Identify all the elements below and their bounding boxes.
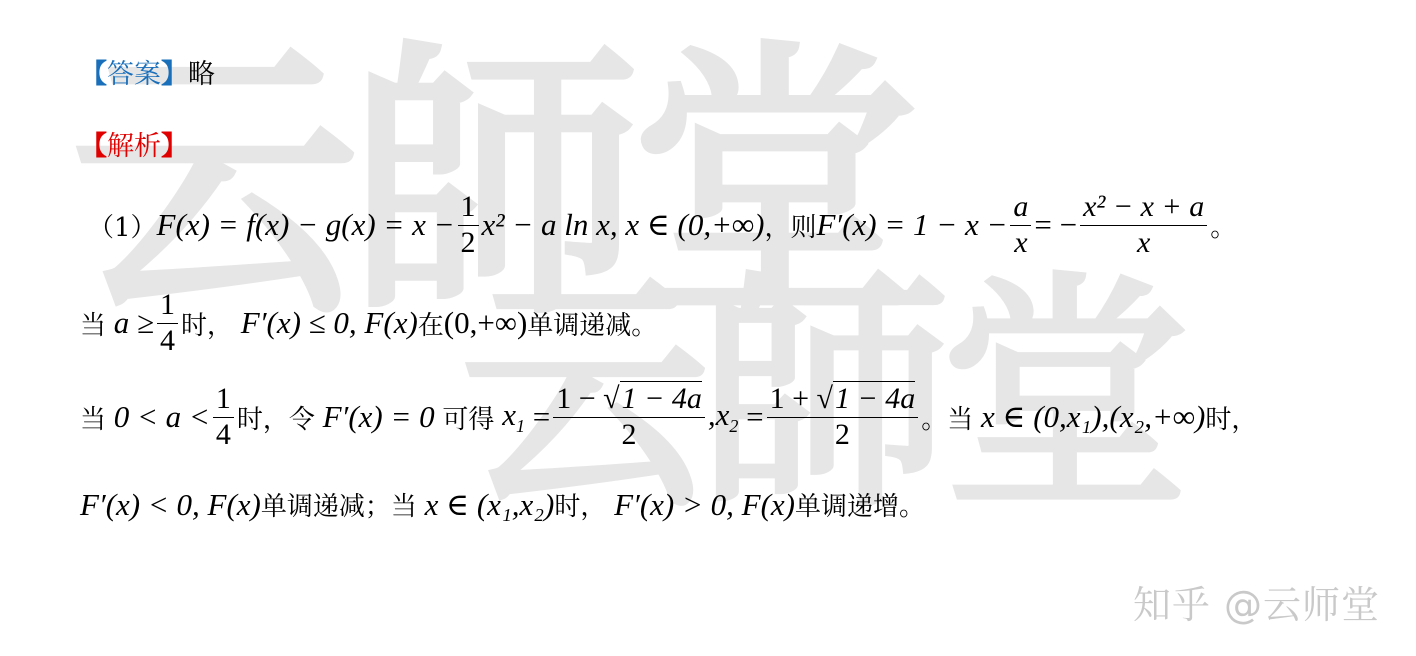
result-expr: F′(x) ≤ 0, F(x)	[241, 305, 418, 341]
fraction-x1: 1 − √1 − 4a 2	[553, 382, 705, 452]
text-time: 时，	[1205, 399, 1257, 436]
document-body: 【 答案 】 略 【 解析 】 （1） F(x) = f(x) − g(x) =…	[0, 0, 1416, 656]
analysis-heading: 【 解析 】	[80, 124, 188, 163]
text-decreasing: 单调递减。	[527, 305, 657, 342]
x2-label: ,x2	[708, 397, 739, 437]
range: x ∈ (0,x₁),(x₂,+∞)	[981, 399, 1205, 435]
answer-label: 答案	[107, 52, 161, 91]
analysis-label: 解析	[107, 124, 161, 163]
answer-bracket-open: 【	[80, 52, 107, 91]
text-period-when: 。当	[921, 399, 973, 436]
range: x ∈ (x₁,x₂)	[425, 487, 555, 523]
positive-derivative: F′(x) > 0, F(x)	[614, 487, 795, 523]
text-time: 时，	[554, 486, 606, 523]
expr-lhs: F(x) = f(x) − g(x) = x −	[157, 207, 455, 243]
condition: a ≥	[114, 305, 154, 341]
part-number: （1）	[88, 207, 157, 244]
solution-line-4: F′(x) < 0, F(x) 单调递减；当 x ∈ (x₁,x₂) 时， F′…	[80, 486, 925, 523]
text-when: 当	[80, 399, 106, 436]
expr-derivative: F′(x) = 1 − x −	[816, 207, 1007, 243]
text-increasing: 单调递增。	[795, 486, 925, 523]
answer-bracket-close: 】	[161, 52, 188, 91]
text-get: 可得	[442, 399, 494, 436]
expr-mid: x² − a ln x, x ∈ (0,+∞)	[482, 207, 765, 243]
condition: 0 < a <	[114, 399, 210, 435]
solution-line-1: （1） F(x) = f(x) − g(x) = x − 1 2 x² − a …	[88, 190, 1236, 260]
fraction-quarter: 1 4	[157, 288, 178, 358]
x1-label: x1	[502, 397, 525, 437]
analysis-bracket-close: 】	[161, 124, 188, 163]
period: 。	[1210, 207, 1236, 244]
answer-row: 【 答案 】 略	[80, 52, 215, 91]
text-time: 时，	[181, 305, 233, 342]
fraction-a-over-x: a x	[1010, 190, 1031, 260]
analysis-bracket-open: 【	[80, 124, 107, 163]
solution-line-3: 当 0 < a < 1 4 时，令 F′(x) = 0 可得 x1 = 1 − …	[80, 382, 1257, 452]
text-decreasing: 单调递减；当	[261, 486, 417, 523]
text-when: 当	[80, 305, 106, 342]
negative-derivative: F′(x) < 0, F(x)	[80, 487, 261, 523]
fraction-quarter: 1 4	[213, 382, 234, 452]
solution-line-2: 当 a ≥ 1 4 时， F′(x) ≤ 0, F(x) 在 (0,+∞) 单调…	[80, 288, 657, 358]
expr-eq: = −	[1034, 207, 1077, 243]
interval: (0,+∞)	[444, 305, 527, 341]
fraction-half: 1 2	[458, 190, 479, 260]
fraction-derivative: x² − x + a x	[1080, 190, 1207, 260]
fraction-x2: 1 + √1 − 4a 2	[767, 382, 919, 452]
equation: F′(x) = 0	[323, 399, 435, 435]
answer-value: 略	[188, 52, 215, 91]
text-time-let: 时，令	[237, 399, 315, 436]
text-then: ，则	[764, 207, 816, 244]
text-in: 在	[418, 305, 444, 342]
